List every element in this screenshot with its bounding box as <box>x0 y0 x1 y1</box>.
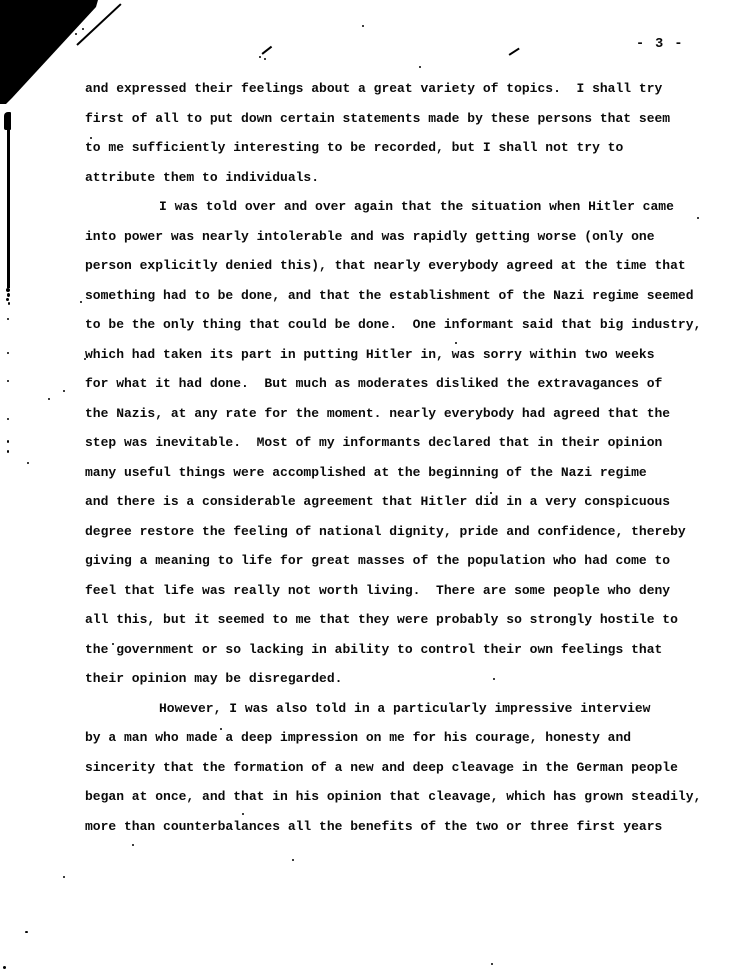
scan-speck <box>259 56 261 58</box>
scan-speck <box>132 844 134 846</box>
text-line: the Nazis, at any rate for the moment. n… <box>85 399 725 429</box>
text-line: person explicitly denied this), that nea… <box>85 251 725 281</box>
scan-margin-line-artifact <box>7 128 10 288</box>
text-line: into power was nearly intolerable and wa… <box>85 222 725 252</box>
scanned-document-page: - 3 - and expressed their feelings about… <box>0 0 750 972</box>
scan-speck <box>8 302 10 305</box>
scan-speck <box>264 58 266 60</box>
text-line: for what it had done. But much as modera… <box>85 369 725 399</box>
scan-speck <box>7 318 9 320</box>
pen-scratch-mark <box>509 48 520 56</box>
text-line: all this, but it seemed to me that they … <box>85 605 725 635</box>
page-number: - 3 - <box>636 37 684 52</box>
scan-speck <box>419 66 421 68</box>
scan-speck <box>6 288 10 292</box>
scan-speck <box>63 876 65 878</box>
scan-speck <box>63 390 65 392</box>
text-line: which had taken its part in putting Hitl… <box>85 340 725 370</box>
text-line: their opinion may be disregarded. <box>85 664 725 694</box>
scan-speck <box>491 963 493 965</box>
document-body: and expressed their feelings about a gre… <box>85 74 725 841</box>
scan-speck <box>48 398 50 400</box>
text-line: first of all to put down certain stateme… <box>85 104 725 134</box>
text-line: step was inevitable. Most of my informan… <box>85 428 725 458</box>
text-line: the government or so lacking in ability … <box>85 635 725 665</box>
paragraph: and expressed their feelings about a gre… <box>85 74 725 192</box>
text-line: and there is a considerable agreement th… <box>85 487 725 517</box>
scan-speck <box>7 293 10 297</box>
scan-speck <box>7 352 9 354</box>
scan-speck <box>362 25 364 27</box>
text-line: many useful things were accomplished at … <box>85 458 725 488</box>
scan-speck <box>6 298 9 301</box>
scan-speck <box>82 28 84 30</box>
paragraph: I was told over and over again that the … <box>85 192 725 694</box>
scan-speck <box>7 380 9 382</box>
scan-speck <box>7 418 9 420</box>
paragraph: However, I was also told in a particular… <box>85 694 725 842</box>
text-line: giving a meaning to life for great masse… <box>85 546 725 576</box>
text-line: I was told over and over again that the … <box>85 192 725 222</box>
scan-speck <box>292 859 294 861</box>
text-line: However, I was also told in a particular… <box>85 694 725 724</box>
text-line: and expressed their feelings about a gre… <box>85 74 725 104</box>
text-line: began at once, and that in his opinion t… <box>85 782 725 812</box>
text-line: sincerity that the formation of a new an… <box>85 753 725 783</box>
scan-speck <box>7 440 9 443</box>
scan-speck <box>25 931 28 933</box>
text-line: something had to be done, and that the e… <box>85 281 725 311</box>
scan-speck <box>3 966 6 969</box>
scan-speck <box>80 301 82 303</box>
scan-speck <box>7 450 9 453</box>
scan-speck <box>75 33 77 35</box>
text-line: by a man who made a deep impression on m… <box>85 723 725 753</box>
text-line: degree restore the feeling of national d… <box>85 517 725 547</box>
text-line: to me sufficiently interesting to be rec… <box>85 133 725 163</box>
scan-speck <box>27 462 29 464</box>
text-line: to be the only thing that could be done.… <box>85 310 725 340</box>
text-line: feel that life was really not worth livi… <box>85 576 725 606</box>
pen-scratch-mark <box>262 46 272 55</box>
text-line: attribute them to individuals. <box>85 163 725 193</box>
text-line: more than counterbalances all the benefi… <box>85 812 725 842</box>
